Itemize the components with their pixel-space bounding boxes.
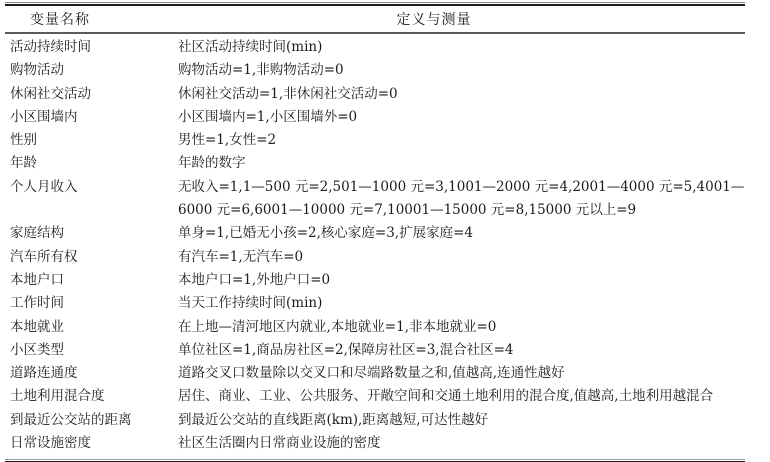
definition-cell: 社区生活圈内日常商业设施的密度 — [178, 432, 745, 455]
column-header-definition: 定义与测量 — [178, 9, 745, 29]
variable-name-cell: 家庭结构 — [5, 222, 178, 245]
definition-cell: 男性=1,女性=2 — [178, 129, 745, 152]
column-header-variable-name: 变量名称 — [5, 9, 178, 29]
table-row: 道路连通度 道路交叉口数量除以交叉口和尽端路数量之和,值越高,连通性越好 — [5, 362, 745, 385]
variable-name-cell: 工作时间 — [5, 292, 178, 315]
variable-name-cell: 本地户口 — [5, 269, 178, 292]
definition-cell: 单身=1,已婚无小孩=2,核心家庭=3,扩展家庭=4 — [178, 222, 745, 245]
table-row: 年龄 年龄的数字 — [5, 152, 745, 175]
definition-cell: 休闲社交活动=1,非休闲社交活动=0 — [178, 83, 745, 106]
definition-cell: 购物活动=1,非购物活动=0 — [178, 59, 745, 82]
definition-cell: 无收入=1,1—500 元=2,501—1000 元=3,1001—2000 元… — [178, 176, 745, 223]
definition-cell: 在上地—清河地区内就业,本地就业=1,非本地就业=0 — [178, 316, 745, 339]
variables-definition-table: 变量名称 定义与测量 活动持续时间 社区活动持续时间(min) 购物活动 购物活… — [5, 2, 745, 462]
table-row: 休闲社交活动 休闲社交活动=1,非休闲社交活动=0 — [5, 83, 745, 106]
definition-cell: 社区活动持续时间(min) — [178, 36, 745, 59]
table-row: 购物活动 购物活动=1,非购物活动=0 — [5, 59, 745, 82]
definition-cell: 单位社区=1,商品房社区=2,保障房社区=3,混合社区=4 — [178, 339, 745, 362]
variable-name-cell: 小区类型 — [5, 339, 178, 362]
variable-name-cell: 性别 — [5, 129, 178, 152]
table-row: 工作时间 当天工作持续时间(min) — [5, 292, 745, 315]
table-row: 到最近公交站的距离 到最近公交站的直线距离(km),距离越短,可达性越好 — [5, 409, 745, 432]
variable-name-cell: 日常设施密度 — [5, 432, 178, 455]
variable-name-cell: 土地利用混合度 — [5, 385, 178, 408]
variable-name-cell: 活动持续时间 — [5, 36, 178, 59]
definition-cell: 小区围墙内=1,小区围墙外=0 — [178, 106, 745, 129]
table-row: 土地利用混合度 居住、商业、工业、公共服务、开敞空间和交通土地利用的混合度,值越… — [5, 385, 745, 408]
table-row: 性别 男性=1,女性=2 — [5, 129, 745, 152]
variable-name-cell: 到最近公交站的距离 — [5, 409, 178, 432]
variable-name-cell: 购物活动 — [5, 59, 178, 82]
table-row: 活动持续时间 社区活动持续时间(min) — [5, 36, 745, 59]
table-body: 活动持续时间 社区活动持续时间(min) 购物活动 购物活动=1,非购物活动=0… — [5, 34, 745, 459]
definition-cell: 年龄的数字 — [178, 152, 745, 175]
definition-cell: 本地户口=1,外地户口=0 — [178, 269, 745, 292]
variable-name-cell: 个人月收入 — [5, 176, 178, 199]
variable-name-cell: 小区围墙内 — [5, 106, 178, 129]
table-header-row: 变量名称 定义与测量 — [5, 6, 745, 32]
table-row: 小区类型 单位社区=1,商品房社区=2,保障房社区=3,混合社区=4 — [5, 339, 745, 362]
table-row: 本地户口 本地户口=1,外地户口=0 — [5, 269, 745, 292]
table-row: 汽车所有权 有汽车=1,无汽车=0 — [5, 246, 745, 269]
table-row: 小区围墙内 小区围墙内=1,小区围墙外=0 — [5, 106, 745, 129]
table-row: 个人月收入 无收入=1,1—500 元=2,501—1000 元=3,1001—… — [5, 176, 745, 223]
variable-name-cell: 休闲社交活动 — [5, 83, 178, 106]
definition-cell: 有汽车=1,无汽车=0 — [178, 246, 745, 269]
variable-name-cell: 道路连通度 — [5, 362, 178, 385]
definition-cell: 当天工作持续时间(min) — [178, 292, 745, 315]
table-row: 本地就业 在上地—清河地区内就业,本地就业=1,非本地就业=0 — [5, 316, 745, 339]
definition-cell: 道路交叉口数量除以交叉口和尽端路数量之和,值越高,连通性越好 — [178, 362, 745, 385]
definition-cell: 居住、商业、工业、公共服务、开敞空间和交通土地利用的混合度,值越高,土地利用越混… — [178, 385, 745, 408]
table-row: 日常设施密度 社区生活圈内日常商业设施的密度 — [5, 432, 745, 455]
definition-cell: 到最近公交站的直线距离(km),距离越短,可达性越好 — [178, 409, 745, 432]
variable-name-cell: 本地就业 — [5, 316, 178, 339]
table-row: 家庭结构 单身=1,已婚无小孩=2,核心家庭=3,扩展家庭=4 — [5, 222, 745, 245]
variable-name-cell: 年龄 — [5, 152, 178, 175]
variable-name-cell: 汽车所有权 — [5, 246, 178, 269]
